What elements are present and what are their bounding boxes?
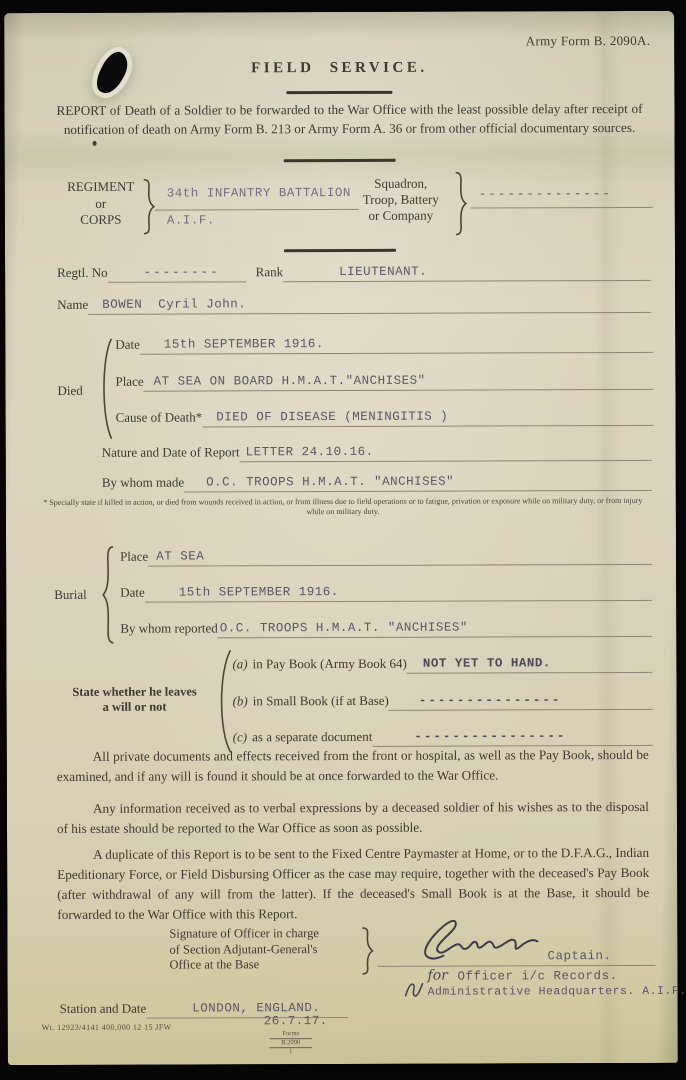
died-cause-value: DIED OF DISEASE (MENINGITIS )	[216, 410, 448, 425]
burial-date-field: 15th SEPTEMBER 1916.	[145, 581, 653, 603]
regiment-value-aif: A.I.F.	[167, 213, 215, 227]
divider-rule-title	[286, 91, 392, 94]
report-nature-label: Nature and Date of Report	[102, 444, 240, 462]
died-place-row: Place AT SEA ON BOARD H.M.A.T."ANCHISES"	[115, 370, 653, 392]
signature-hq: Administrative Headquarters. A.I.F.	[428, 985, 686, 999]
divider-rule-regiment	[284, 249, 396, 252]
signature-label: Signature of Officer in charge of Sectio…	[169, 926, 369, 973]
handwritten-initials	[402, 980, 426, 1000]
burial-place-row: Place AT SEA	[120, 545, 652, 567]
rank-label: Rank	[256, 264, 284, 282]
died-cause-row: Cause of Death* DIED OF DISEASE (MENINGI…	[116, 406, 654, 428]
will-row-a: (a) in Pay Book (Army Book 64) NOT YET T…	[232, 653, 652, 674]
rank-value: LIEUTENANT.	[339, 265, 427, 279]
station-label: Station and Date	[60, 1001, 147, 1019]
name-row: Name BOWEN Cyril John.	[57, 293, 651, 315]
report-made-label: By whom made	[102, 475, 184, 493]
intro-paragraph: REPORT of Death of a Soldier to be forwa…	[56, 99, 642, 139]
will-a-prefix: (a)	[232, 656, 247, 674]
burial-date-value: 15th SEPTEMBER 1916.	[179, 585, 339, 600]
signature-section: Signature of Officer in charge of Sectio…	[7, 923, 677, 1003]
will-b-field: ---------------	[389, 690, 653, 711]
will-a-field: NOT YET TO HAND.	[407, 653, 653, 674]
will-section: State whether he leaves a will or not (a…	[6, 653, 676, 753]
brace-right-icon	[142, 178, 156, 236]
died-date-label: Date	[115, 337, 140, 355]
burial-reported-label: By whom reported	[120, 620, 218, 638]
paper-sheet: Army Form B. 2090A. FIELD SERVICE. REPOR…	[4, 11, 678, 1065]
print-code: Wt. 12923/4141 400,000 12 15 JFW	[42, 1023, 172, 1032]
squadron-value: --------------	[479, 187, 612, 201]
report-made-value: O.C. TROOPS H.M.A.T. "ANCHISES"	[206, 475, 454, 490]
footnote: * Specially state if killed in action, o…	[38, 496, 648, 518]
report-nature-field: LETTER 24.10.16.	[240, 441, 652, 462]
report-made-field: O.C. TROOPS H.M.A.T. "ANCHISES"	[184, 471, 652, 493]
died-date-value: 15th SEPTEMBER 1916.	[164, 337, 324, 352]
died-cause-field: DIED OF DISEASE (MENINGITIS )	[202, 406, 653, 428]
burial-reported-field: O.C. TROOPS H.M.A.T. "ANCHISES"	[218, 617, 653, 639]
regiment-label: REGIMENT or CORPS	[57, 179, 145, 229]
burial-date-row: Date 15th SEPTEMBER 1916.	[120, 581, 652, 603]
report-made-row: By whom made O.C. TROOPS H.M.A.T. "ANCHI…	[102, 471, 652, 493]
will-c-field: ----------------	[372, 726, 652, 747]
will-c-label: as a separate document	[252, 729, 372, 747]
will-a-value: NOT YET TO HAND.	[423, 656, 551, 670]
brace-right-icon	[454, 171, 468, 237]
will-a-label: in Pay Book (Army Book 64)	[253, 656, 407, 675]
regiment-section: REGIMENT or CORPS 34th INFANTRY BATTALIO…	[5, 175, 675, 253]
regiment-value: 34th INFANTRY BATTALION	[167, 186, 351, 201]
died-date-field: 15th SEPTEMBER 1916.	[140, 333, 654, 355]
signature-rank: Captain.	[547, 949, 611, 963]
notice-paragraph-2: Any information received as to verbal ex…	[57, 797, 649, 839]
burial-label: Burial	[54, 587, 87, 603]
died-section: Died Date 15th SEPTEMBER 1916. Place AT …	[5, 333, 675, 449]
divider-rule-intro	[284, 159, 396, 162]
handwritten-for: for	[428, 968, 448, 984]
will-b-prefix: (b)	[233, 693, 248, 711]
burial-date-label: Date	[120, 585, 145, 603]
died-cause-label: Cause of Death*	[116, 409, 203, 427]
signature-underline	[377, 965, 655, 967]
will-b-value: ---------------	[419, 693, 562, 707]
regtl-no-label: Regtl. No	[57, 265, 108, 283]
died-place-value: AT SEA ON BOARD H.M.A.T."ANCHISES"	[154, 374, 426, 389]
died-label: Died	[57, 383, 82, 399]
burial-reported-row: By whom reported O.C. TROOPS H.M.A.T. "A…	[120, 617, 652, 639]
died-date-row: Date 15th SEPTEMBER 1916.	[115, 333, 653, 355]
form-number: Army Form B. 2090A.	[526, 33, 651, 49]
burial-place-value: AT SEA	[156, 549, 204, 563]
regiment-underline	[155, 209, 359, 211]
will-label: State whether he leaves a will or not	[51, 684, 219, 715]
notice-paragraph-1: All private documents and effects receiv…	[57, 745, 649, 787]
signature-records: Officer i/c Records.	[458, 969, 618, 984]
form-title: FIELD SERVICE.	[4, 59, 674, 78]
regtl-no-field: --------	[108, 262, 246, 282]
paren-left-icon	[214, 648, 232, 754]
burial-section: Burial Place AT SEA Date 15th SEPTEMBER …	[6, 543, 676, 651]
name-label: Name	[57, 297, 88, 315]
name-field: BOWEN Cyril John.	[88, 293, 651, 315]
brace-right-icon	[360, 926, 374, 976]
squadron-underline	[471, 207, 653, 209]
will-b-label: in Small Book (if at Base)	[253, 693, 389, 711]
died-place-field: AT SEA ON BOARD H.M.A.T."ANCHISES"	[144, 370, 654, 392]
station-date-value: 26.7.17.	[264, 1014, 328, 1028]
name-value: BOWEN Cyril John.	[102, 297, 246, 312]
burial-reported-value: O.C. TROOPS H.M.A.T. "ANCHISES"	[220, 621, 468, 636]
notice-paragraph-3: A duplicate of this Report is to be sent…	[57, 843, 649, 925]
will-c-prefix: (c)	[233, 729, 248, 747]
squadron-label: Squadron, Troop, Battery or Company	[351, 176, 451, 224]
will-c-value: ----------------	[414, 729, 566, 744]
regtl-rank-row: Regtl. No -------- Rank LIEUTENANT.	[57, 261, 651, 283]
regtl-no-value: --------	[144, 265, 220, 279]
ink-speck	[93, 141, 97, 146]
report-nature-row: Nature and Date of Report LETTER 24.10.1…	[102, 441, 652, 463]
paren-left-icon	[97, 337, 113, 441]
signature-scrawl	[415, 915, 543, 963]
rank-field: LIEUTENANT.	[283, 261, 651, 282]
report-nature-value: LETTER 24.10.16.	[246, 445, 374, 459]
died-place-label: Place	[115, 374, 143, 392]
form-reference-stamp: Forms B.2090 1	[270, 1030, 312, 1056]
brace-left-icon	[100, 545, 116, 645]
burial-place-label: Place	[120, 549, 148, 567]
will-row-b: (b) in Small Book (if at Base) ---------…	[233, 690, 653, 711]
burial-place-field: AT SEA	[148, 545, 652, 567]
